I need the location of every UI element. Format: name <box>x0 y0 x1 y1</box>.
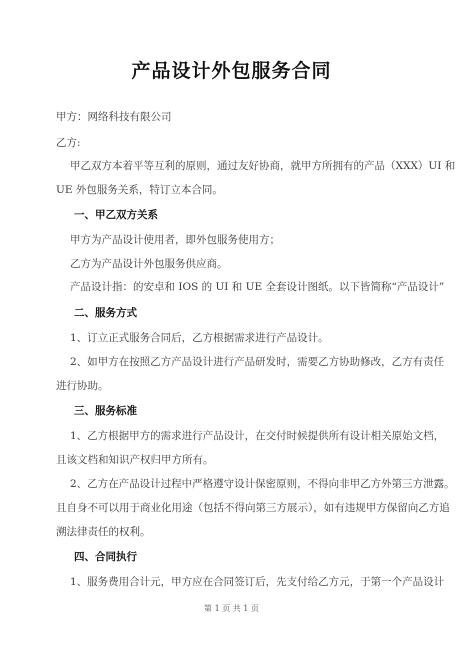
section-4-heading: 四、合同执行 <box>74 549 137 564</box>
section-1-heading: 一、甲乙双方关系 <box>74 207 158 222</box>
section-3-heading: 三、服务标准 <box>74 403 137 418</box>
section-2-line-3: 进行协助。 <box>56 378 109 393</box>
section-3-line-5: 溯法律责任的权利。 <box>56 524 151 539</box>
section-1-line-2: 乙方为产品设计外包服务供应商。 <box>70 256 228 271</box>
section-2-heading: 二、服务方式 <box>74 305 137 320</box>
document-page: 产品设计外包服务合同 甲方：网络科技有限公司 乙方: 甲乙双方本着平等互利的原则… <box>0 0 463 655</box>
section-3-line-1: 1、乙方根据甲方的需求进行产品设计，在交付时候提供所有设计相关原始文档， <box>70 428 444 443</box>
section-3-line-2: 且该文档和知识产权归甲方所有。 <box>56 452 214 467</box>
party-a-line: 甲方：网络科技有限公司 <box>56 109 172 124</box>
section-2-line-2: 2、如甲方在按照乙方产品设计进行产品研发时，需要乙方协助修改，乙方有责任 <box>70 354 444 369</box>
section-1-line-3: 产品设计指：的安卓和 IOS 的 UI 和 UE 全套设计图纸。以下皆简称“产品… <box>70 279 444 294</box>
section-1-line-1: 甲方为产品设计使用者，即外包服务使用方； <box>70 232 280 247</box>
party-b-line: 乙方: <box>56 135 81 150</box>
section-3-line-3: 2、乙方在产品设计过程中严格遵守设计保密原则，不得向非甲乙方外第三方泄露。 <box>70 476 455 491</box>
section-3-line-4: 且自身不可以用于商业化用途（包括不得向第三方展示），如有违规甲方保留向乙方追 <box>56 500 450 515</box>
section-2-line-1: 1、订立正式服务合同后，乙方根据需求进行产品设计。 <box>70 330 329 345</box>
intro-line-2: UE 外包服务关系，特订立本合同。 <box>56 182 223 197</box>
section-4-line-1: 1、服务费用合计元，甲方应在合同签订后，先支付给乙方元，于第一个产品设计 <box>70 574 444 589</box>
page-footer: 第 1 页 共 1 页 <box>0 603 463 614</box>
document-title: 产品设计外包服务合同 <box>0 56 463 83</box>
intro-line-1: 甲乙双方本着平等互利的原则，通过友好协商，就甲方所拥有的产品（XXX）UI 和 <box>70 158 455 173</box>
